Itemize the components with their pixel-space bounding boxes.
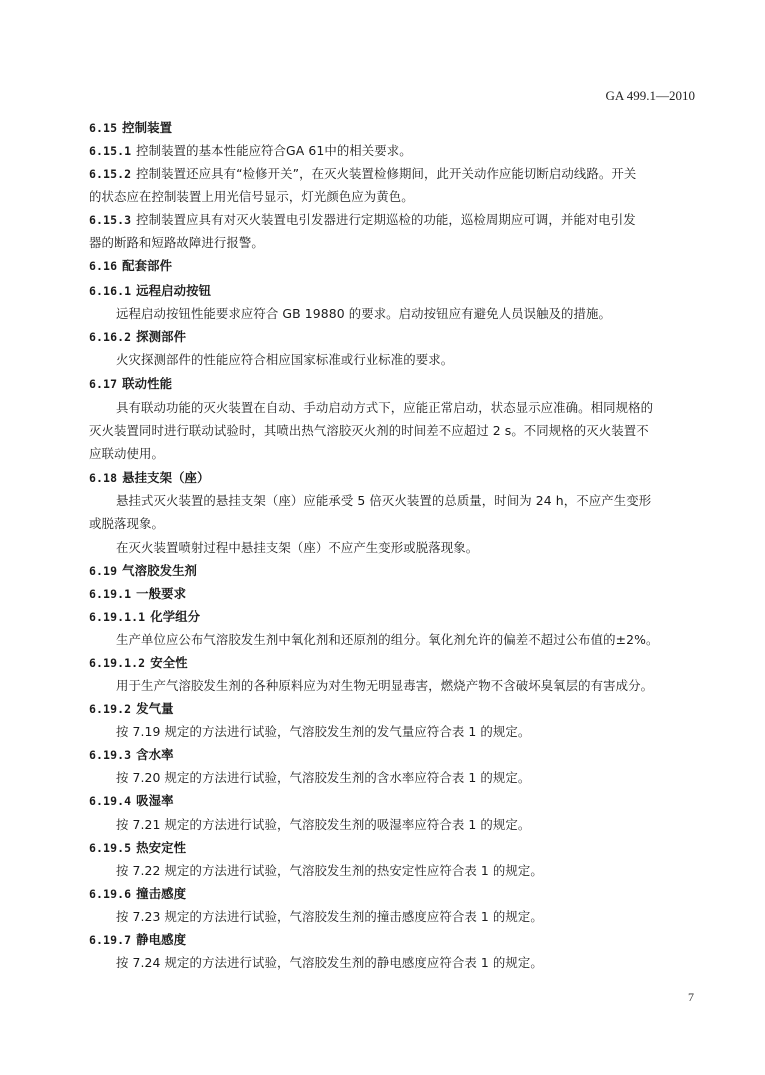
clause-text: 控制装置的基本性能应符合GA 61中的相关要求。 <box>136 143 412 158</box>
section-title: 化学组分 <box>150 609 200 624</box>
paragraph-continuation: 应联动使用。 <box>89 444 164 462</box>
section-number: 6.19 <box>89 564 117 578</box>
paragraph: 具有联动功能的灭火装置在自动、手动启动方式下，应能正常启动，状态显示应准确。相同… <box>116 398 653 416</box>
section-number: 6.19.1.1 <box>89 610 145 624</box>
section-number: 6.16.1 <box>89 284 131 298</box>
paragraph: 远程启动按钮性能要求应符合 GB 19880 的要求。启动按钮应有避免人员误触及… <box>116 304 611 322</box>
subsection-heading: 6.16.2探测部件 <box>89 327 186 345</box>
section-title: 配套部件 <box>122 258 172 273</box>
paragraph: 生产单位应公布气溶胶发生剂中氧化剂和还原剂的组分。氧化剂允许的偏差不超过公布值的… <box>116 630 658 648</box>
paragraph: 按 7.24 规定的方法进行试验，气溶胶发生剂的静电感度应符合表 1 的规定。 <box>116 953 543 971</box>
section-heading: 6.18悬挂支架（座） <box>89 468 210 486</box>
section-title: 探测部件 <box>136 329 186 344</box>
section-number: 6.16.2 <box>89 330 131 344</box>
clause-text: 控制装置应具有对灭火装置电引发器进行定期巡检的功能，巡检周期应可调，并能对电引发 <box>136 212 636 227</box>
section-number: 6.19.4 <box>89 794 131 808</box>
section-heading: 6.16配套部件 <box>89 256 172 274</box>
section-number: 6.17 <box>89 377 117 391</box>
clause-text: 控制装置还应具有“检修开关”，在灭火装置检修期间，此开关动作应能切断启动线路。开… <box>136 166 636 181</box>
clause-continuation: 器的断路和短路故障进行报警。 <box>89 233 264 251</box>
section-number: 6.19.3 <box>89 748 131 762</box>
subsection-heading: 6.19.2发气量 <box>89 699 174 717</box>
subsection-heading: 6.16.1远程启动按钮 <box>89 281 211 299</box>
section-heading: 6.19气溶胶发生剂 <box>89 561 197 579</box>
section-number: 6.19.2 <box>89 702 131 716</box>
section-title: 发气量 <box>136 701 173 716</box>
section-title: 含水率 <box>136 747 173 762</box>
paragraph: 悬挂式灭火装置的悬挂支架（座）应能承受 5 倍灭火装置的总质量，时间为 24 h… <box>116 491 651 509</box>
subsection-heading: 6.19.6撞击感度 <box>89 884 186 902</box>
subsection-heading: 6.19.1.1化学组分 <box>89 607 200 625</box>
clause-number: 6.15.2 <box>89 167 131 181</box>
section-title: 撞击感度 <box>136 886 186 901</box>
section-title: 一般要求 <box>136 586 186 601</box>
clause: 6.15.3控制装置应具有对灭火装置电引发器进行定期巡检的功能，巡检周期应可调，… <box>89 210 636 228</box>
paragraph: 按 7.21 规定的方法进行试验，气溶胶发生剂的吸湿率应符合表 1 的规定。 <box>116 815 530 833</box>
section-title: 安全性 <box>150 655 187 670</box>
clause-number: 6.15.1 <box>89 144 131 158</box>
paragraph: 按 7.22 规定的方法进行试验，气溶胶发生剂的热安定性应符合表 1 的规定。 <box>116 861 543 879</box>
subsection-heading: 6.19.4吸湿率 <box>89 791 174 809</box>
clause: 6.15.1控制装置的基本性能应符合GA 61中的相关要求。 <box>89 141 412 159</box>
paragraph: 按 7.19 规定的方法进行试验，气溶胶发生剂的发气量应符合表 1 的规定。 <box>116 722 530 740</box>
paragraph: 火灾探测部件的性能应符合相应国家标准或行业标准的要求。 <box>116 350 453 368</box>
section-number: 6.19.5 <box>89 841 131 855</box>
section-title: 联动性能 <box>122 376 172 391</box>
paragraph: 在灭火装置喷射过程中悬挂支架（座）不应产生变形或脱落现象。 <box>116 538 478 556</box>
section-heading: 6.15控制装置 <box>89 118 172 136</box>
section-title: 远程启动按钮 <box>136 283 211 298</box>
paragraph: 用于生产气溶胶发生剂的各种原料应为对生物无明显毒害，燃烧产物不含破坏臭氧层的有害… <box>116 676 653 694</box>
paragraph-continuation: 或脱落现象。 <box>89 514 164 532</box>
section-title: 静电感度 <box>136 932 186 947</box>
subsection-heading: 6.19.7静电感度 <box>89 930 186 948</box>
paragraph: 按 7.23 规定的方法进行试验，气溶胶发生剂的撞击感度应符合表 1 的规定。 <box>116 907 543 925</box>
section-title: 气溶胶发生剂 <box>122 563 197 578</box>
section-number: 6.19.7 <box>89 933 131 947</box>
page-number: 7 <box>688 990 694 1005</box>
section-number: 6.16 <box>89 259 117 273</box>
section-title: 悬挂支架（座） <box>122 470 209 485</box>
section-number: 6.19.1 <box>89 587 131 601</box>
clause-number: 6.15.3 <box>89 213 131 227</box>
section-number: 6.19.1.2 <box>89 656 145 670</box>
subsection-heading: 6.19.5热安定性 <box>89 838 186 856</box>
section-number: 6.18 <box>89 471 117 485</box>
section-number: 6.19.6 <box>89 887 131 901</box>
section-title: 热安定性 <box>136 840 186 855</box>
subsection-heading: 6.19.1一般要求 <box>89 584 186 602</box>
subsection-heading: 6.19.1.2安全性 <box>89 653 188 671</box>
section-title: 吸湿率 <box>136 793 173 808</box>
section-heading: 6.17联动性能 <box>89 374 172 392</box>
paragraph-continuation: 灭火装置同时进行联动试验时，其喷出热气溶胶灭火剂的时间差不应超过 2 s。不同规… <box>89 421 649 439</box>
subsection-heading: 6.19.3含水率 <box>89 745 174 763</box>
paragraph: 按 7.20 规定的方法进行试验，气溶胶发生剂的含水率应符合表 1 的规定。 <box>116 768 530 786</box>
standard-code-header: GA 499.1—2010 <box>605 88 695 104</box>
clause: 6.15.2控制装置还应具有“检修开关”，在灭火装置检修期间，此开关动作应能切断… <box>89 164 636 182</box>
section-title: 控制装置 <box>122 120 172 135</box>
section-number: 6.15 <box>89 121 117 135</box>
clause-continuation: 的状态应在控制装置上用光信号显示，灯光颜色应为黄色。 <box>89 187 414 205</box>
